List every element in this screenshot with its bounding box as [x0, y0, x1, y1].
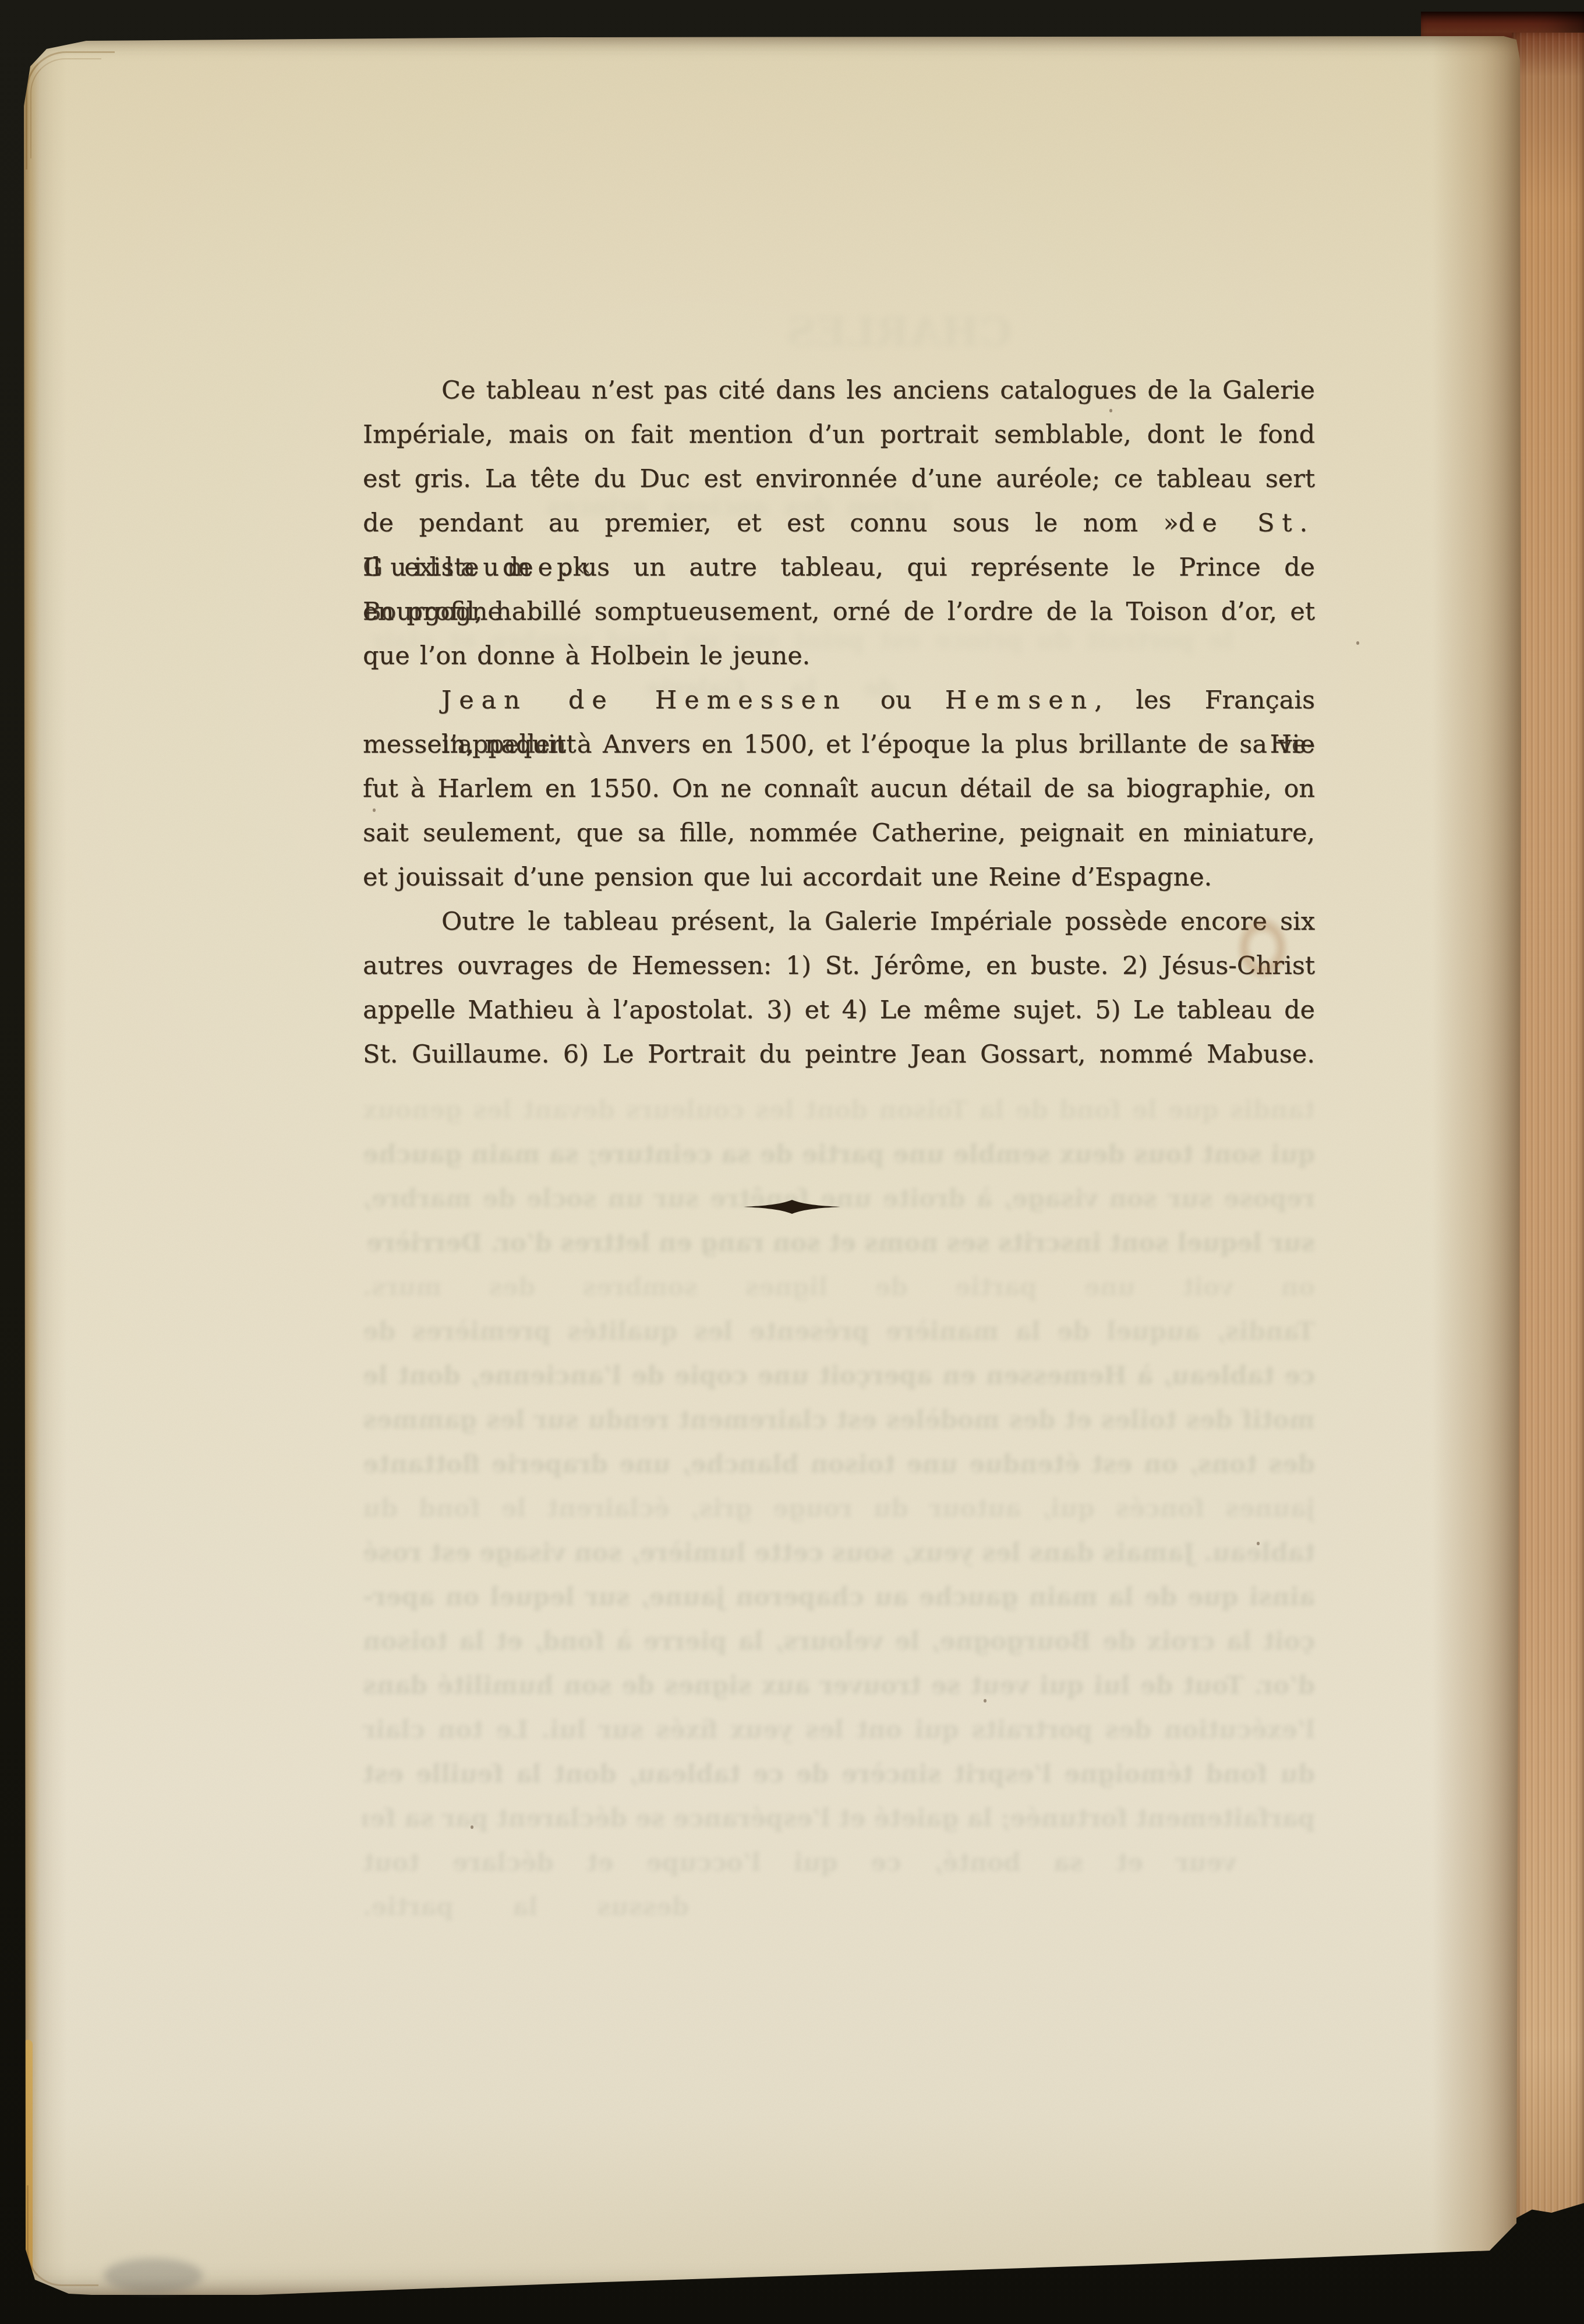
- dust-speck: [1356, 641, 1359, 645]
- dust-speck: [1109, 409, 1112, 412]
- dust-speck: [1257, 1542, 1260, 1545]
- scan-photograph: { "document": { "kind": "scanned book pa…: [0, 0, 1584, 2324]
- dust-speck: [471, 1825, 473, 1829]
- scanned-page: tandis que le fond de la Toison dont les…: [22, 36, 1521, 2295]
- paper-grain-texture: [22, 36, 1521, 2295]
- dust-speck: [373, 808, 376, 812]
- book-fore-edge-pages: [1512, 33, 1584, 2223]
- dust-speck: [984, 1699, 987, 1703]
